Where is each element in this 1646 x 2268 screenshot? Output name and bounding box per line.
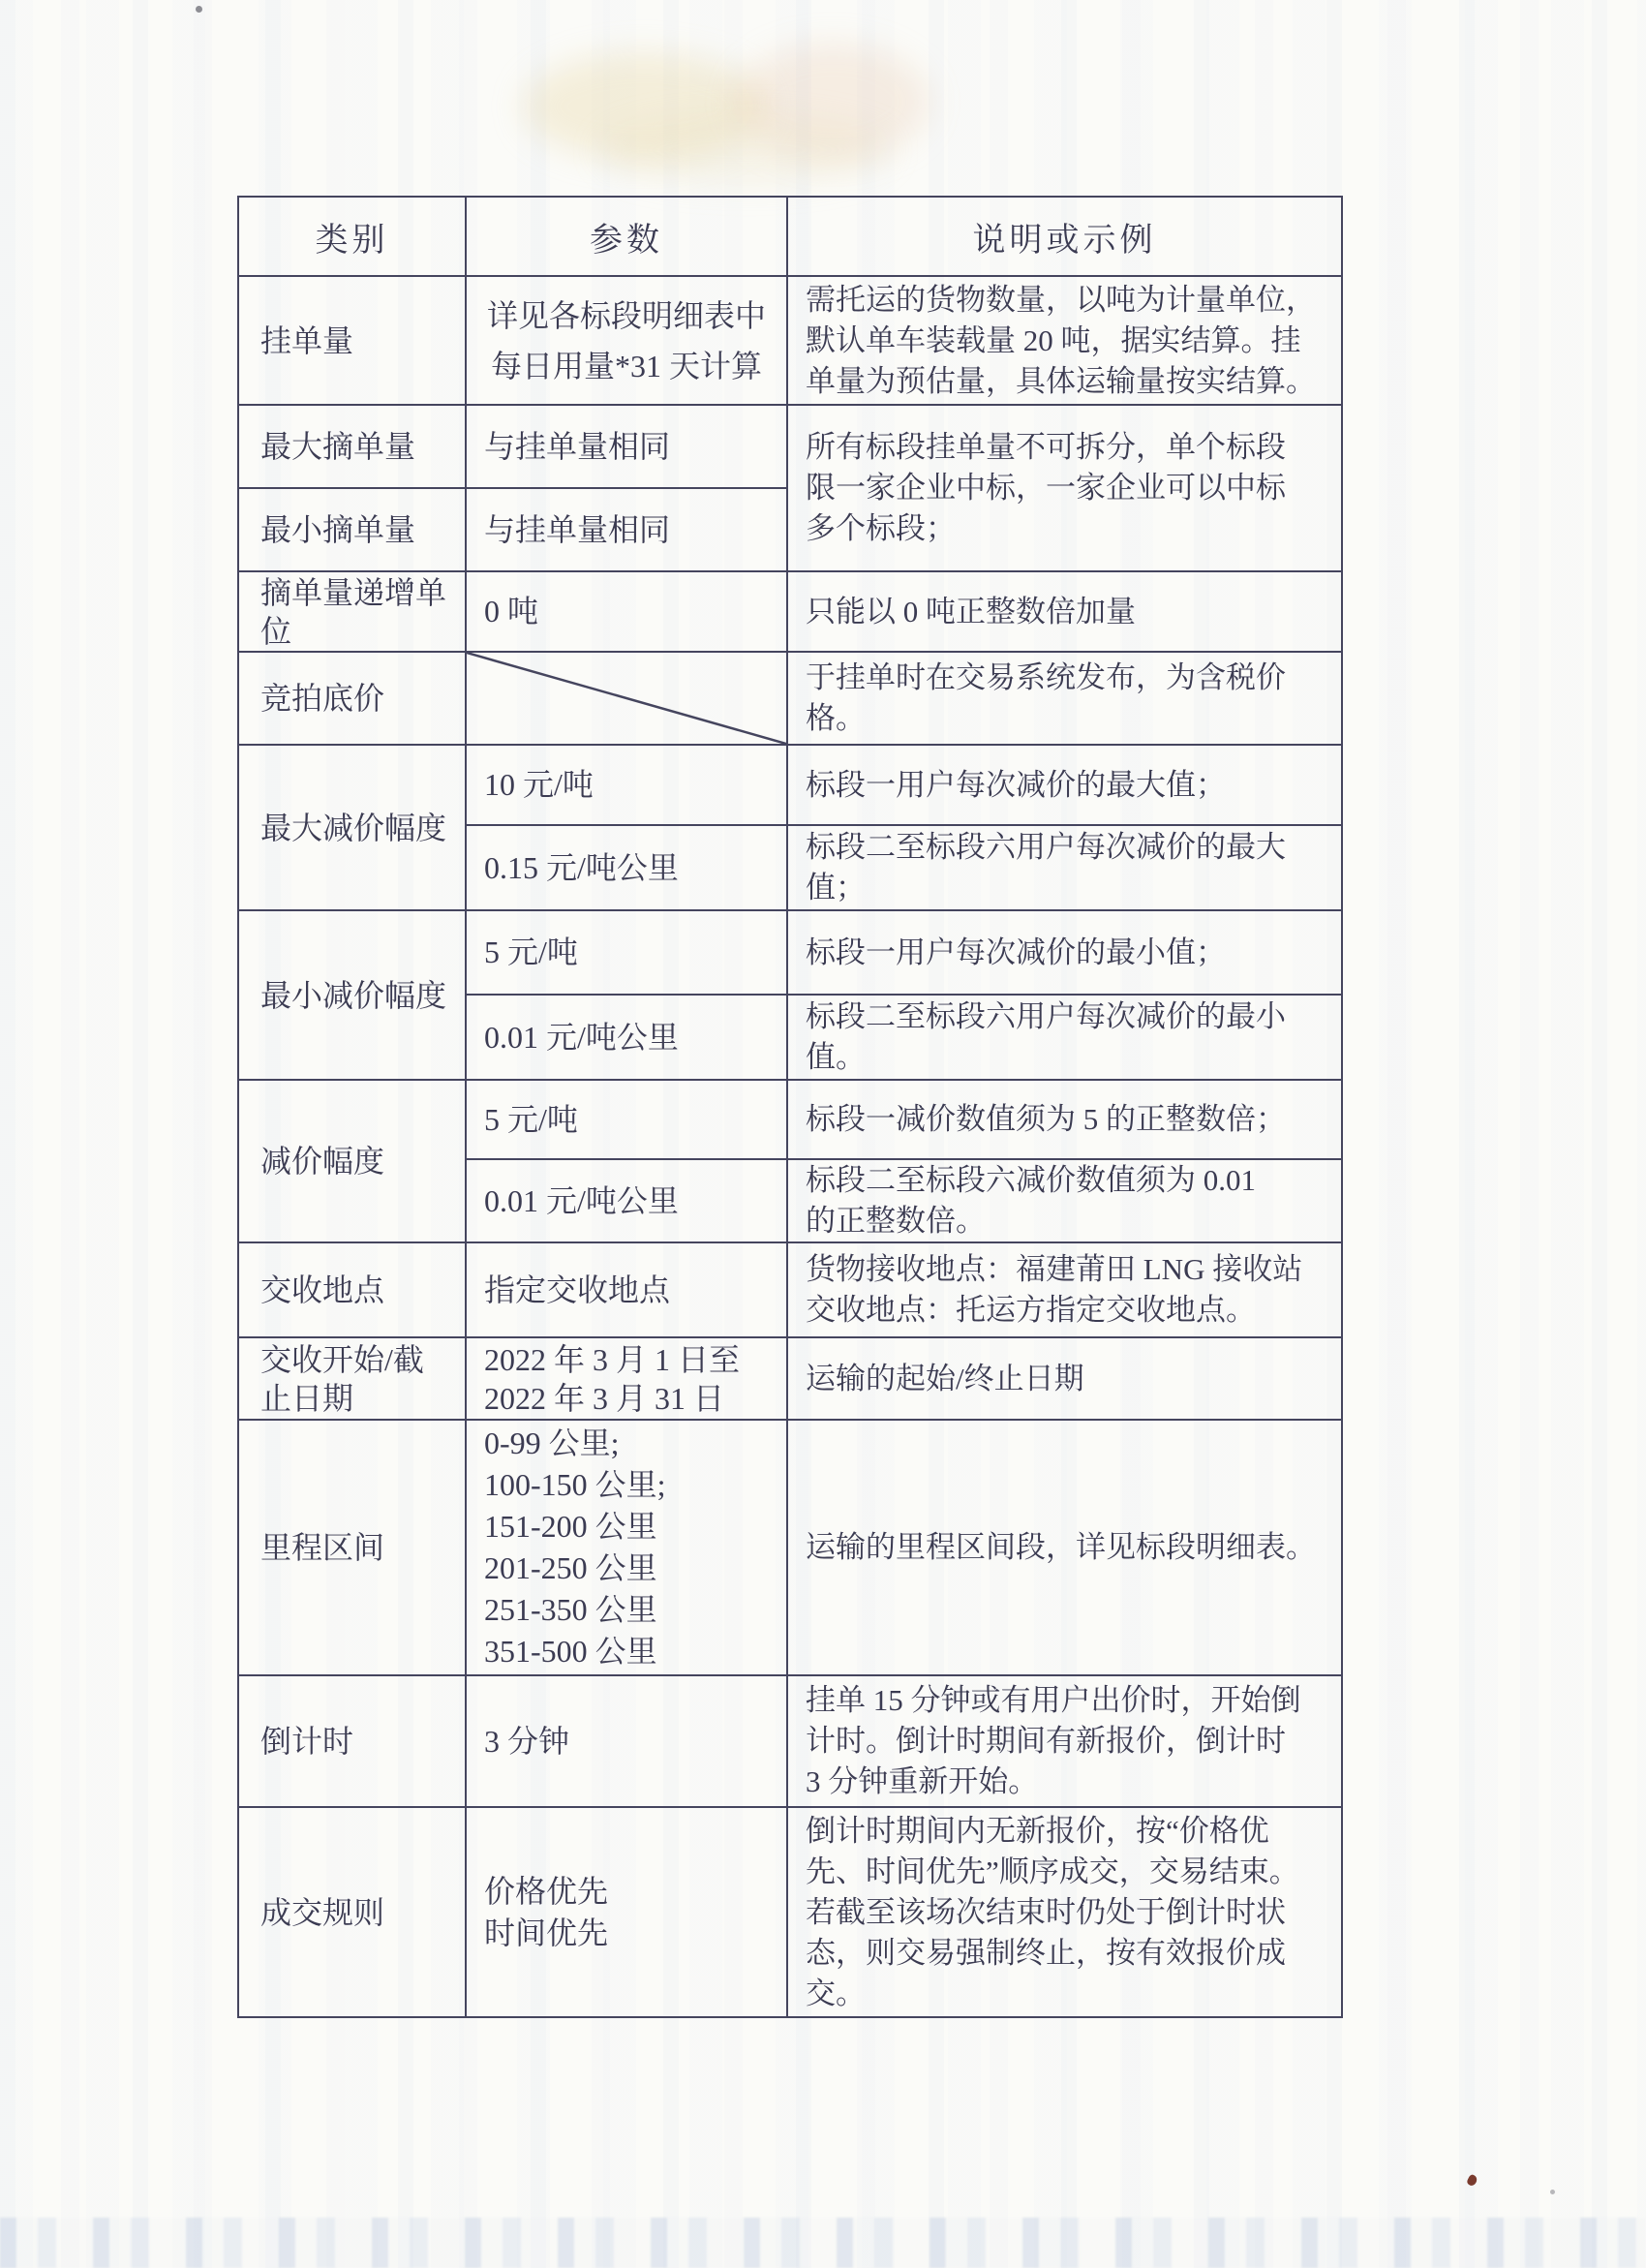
row-min-markdown-a: 最小减价幅度 5 元/吨 标段一用户每次减价的最小值； (238, 910, 1342, 995)
max-markdown-category: 最大减价幅度 (238, 745, 466, 910)
row-delivery-place: 交收地点 指定交收地点 货物接收地点：福建莆田 LNG 接收站 交收地点：托运方… (238, 1242, 1342, 1337)
delivery-dates-category: 交收开始/截 止日期 (238, 1337, 466, 1420)
max-markdown-param-2: 0.15 元/吨公里 (466, 825, 787, 910)
countdown-param: 3 分钟 (466, 1675, 787, 1807)
scan-smudge (736, 44, 930, 160)
row-delivery-dates: 交收开始/截 止日期 2022 年 3 月 1 日至 2022 年 3 月 31… (238, 1337, 1342, 1420)
markdown-step-param-2: 0.01 元/吨公里 (466, 1159, 787, 1242)
listing-volume-param: 详见各标段明细表中 每日用量*31 天计算 (466, 276, 787, 405)
min-pick-volume-param: 与挂单量相同 (466, 488, 787, 571)
scan-edge-streaks (0, 2218, 1646, 2268)
reserve-price-desc: 于挂单时在交易系统发布，为含税价 格。 (787, 652, 1342, 745)
header-parameter: 参数 (466, 197, 787, 276)
max-markdown-param-1: 10 元/吨 (466, 745, 787, 825)
row-deal-rules: 成交规则 价格优先 时间优先 倒计时期间内无新报价，按“价格优 先、时间优先”顺… (238, 1807, 1342, 2017)
row-max-pick-volume: 最大摘单量 与挂单量相同 所有标段挂单量不可拆分，单个标段 限一家企业中标，一家… (238, 405, 1342, 488)
row-mileage-ranges: 里程区间 0-99 公里; 100-150 公里; 151-200 公里 201… (238, 1420, 1342, 1675)
reserve-price-category: 竞拍底价 (238, 652, 466, 745)
deal-rules-category: 成交规则 (238, 1807, 466, 2017)
mileage-ranges-category: 里程区间 (238, 1420, 466, 1675)
row-increment-unit: 摘单量递增单 位 0 吨 只能以 0 吨正整数倍加量 (238, 571, 1342, 652)
max-pick-volume-param: 与挂单量相同 (466, 405, 787, 488)
diagonal-strike-icon (467, 653, 786, 744)
header-description: 说明或示例 (787, 197, 1342, 276)
scan-speck (1550, 2190, 1555, 2194)
increment-unit-param: 0 吨 (466, 571, 787, 652)
listing-volume-category: 挂单量 (238, 276, 466, 405)
scan-smudge (523, 53, 765, 160)
countdown-desc: 挂单 15 分钟或有用户出价时，开始倒 计时。倒计时期间有新报价，倒计时 3 分… (787, 1675, 1342, 1807)
min-markdown-param-2: 0.01 元/吨公里 (466, 995, 787, 1080)
markdown-step-category: 减价幅度 (238, 1080, 466, 1242)
delivery-place-category: 交收地点 (238, 1242, 466, 1337)
min-markdown-category: 最小减价幅度 (238, 910, 466, 1080)
row-max-markdown-a: 最大减价幅度 10 元/吨 标段一用户每次减价的最大值； (238, 745, 1342, 825)
max-markdown-desc-1: 标段一用户每次减价的最大值； (787, 745, 1342, 825)
scan-speck (196, 6, 202, 13)
mileage-ranges-desc: 运输的里程区间段，详见标段明细表。 (787, 1420, 1342, 1675)
delivery-place-desc: 货物接收地点：福建莆田 LNG 接收站 交收地点：托运方指定交收地点。 (787, 1242, 1342, 1337)
increment-unit-desc: 只能以 0 吨正整数倍加量 (787, 571, 1342, 652)
max-markdown-desc-2: 标段二至标段六用户每次减价的最大 值； (787, 825, 1342, 910)
delivery-place-param: 指定交收地点 (466, 1242, 787, 1337)
increment-unit-category: 摘单量递增单 位 (238, 571, 466, 652)
pick-volume-shared-desc: 所有标段挂单量不可拆分，单个标段 限一家企业中标，一家企业可以中标 多个标段； (787, 405, 1342, 571)
min-markdown-desc-1: 标段一用户每次减价的最小值； (787, 910, 1342, 995)
row-reserve-price: 竞拍底价 于挂单时在交易系统发布，为含税价 格。 (238, 652, 1342, 745)
table-header-row: 类别 参数 说明或示例 (238, 197, 1342, 276)
scan-smudge (600, 116, 891, 184)
listing-volume-desc: 需托运的货物数量，以吨为计量单位， 默认单车装载量 20 吨，据实结算。挂 单量… (787, 276, 1342, 405)
deal-rules-desc: 倒计时期间内无新报价，按“价格优 先、时间优先”顺序成交，交易结束。 若截至该场… (787, 1807, 1342, 2017)
delivery-dates-desc: 运输的起始/终止日期 (787, 1337, 1342, 1420)
min-pick-volume-category: 最小摘单量 (238, 488, 466, 571)
markdown-step-desc-1: 标段一减价数值须为 5 的正整数倍； (787, 1080, 1342, 1159)
scan-speck (1466, 2174, 1478, 2188)
document-page: 类别 参数 说明或示例 挂单量 详见各标段明细表中 每日用量*31 天计算 需托… (0, 0, 1646, 2268)
reserve-price-empty-cell (466, 652, 787, 745)
delivery-dates-param: 2022 年 3 月 1 日至 2022 年 3 月 31 日 (466, 1337, 787, 1420)
row-listing-volume: 挂单量 详见各标段明细表中 每日用量*31 天计算 需托运的货物数量，以吨为计量… (238, 276, 1342, 405)
row-markdown-step-a: 减价幅度 5 元/吨 标段一减价数值须为 5 的正整数倍； (238, 1080, 1342, 1159)
min-markdown-desc-2: 标段二至标段六用户每次减价的最小 值。 (787, 995, 1342, 1080)
mileage-ranges-param: 0-99 公里; 100-150 公里; 151-200 公里 201-250 … (466, 1420, 787, 1675)
header-category: 类别 (238, 197, 466, 276)
countdown-category: 倒计时 (238, 1675, 466, 1807)
markdown-step-param-1: 5 元/吨 (466, 1080, 787, 1159)
max-pick-volume-category: 最大摘单量 (238, 405, 466, 488)
row-countdown: 倒计时 3 分钟 挂单 15 分钟或有用户出价时，开始倒 计时。倒计时期间有新报… (238, 1675, 1342, 1807)
deal-rules-param: 价格优先 时间优先 (466, 1807, 787, 2017)
markdown-step-desc-2: 标段二至标段六减价数值须为 0.01 的正整数倍。 (787, 1159, 1342, 1242)
min-markdown-param-1: 5 元/吨 (466, 910, 787, 995)
auction-parameters-table: 类别 参数 说明或示例 挂单量 详见各标段明细表中 每日用量*31 天计算 需托… (237, 196, 1343, 2018)
